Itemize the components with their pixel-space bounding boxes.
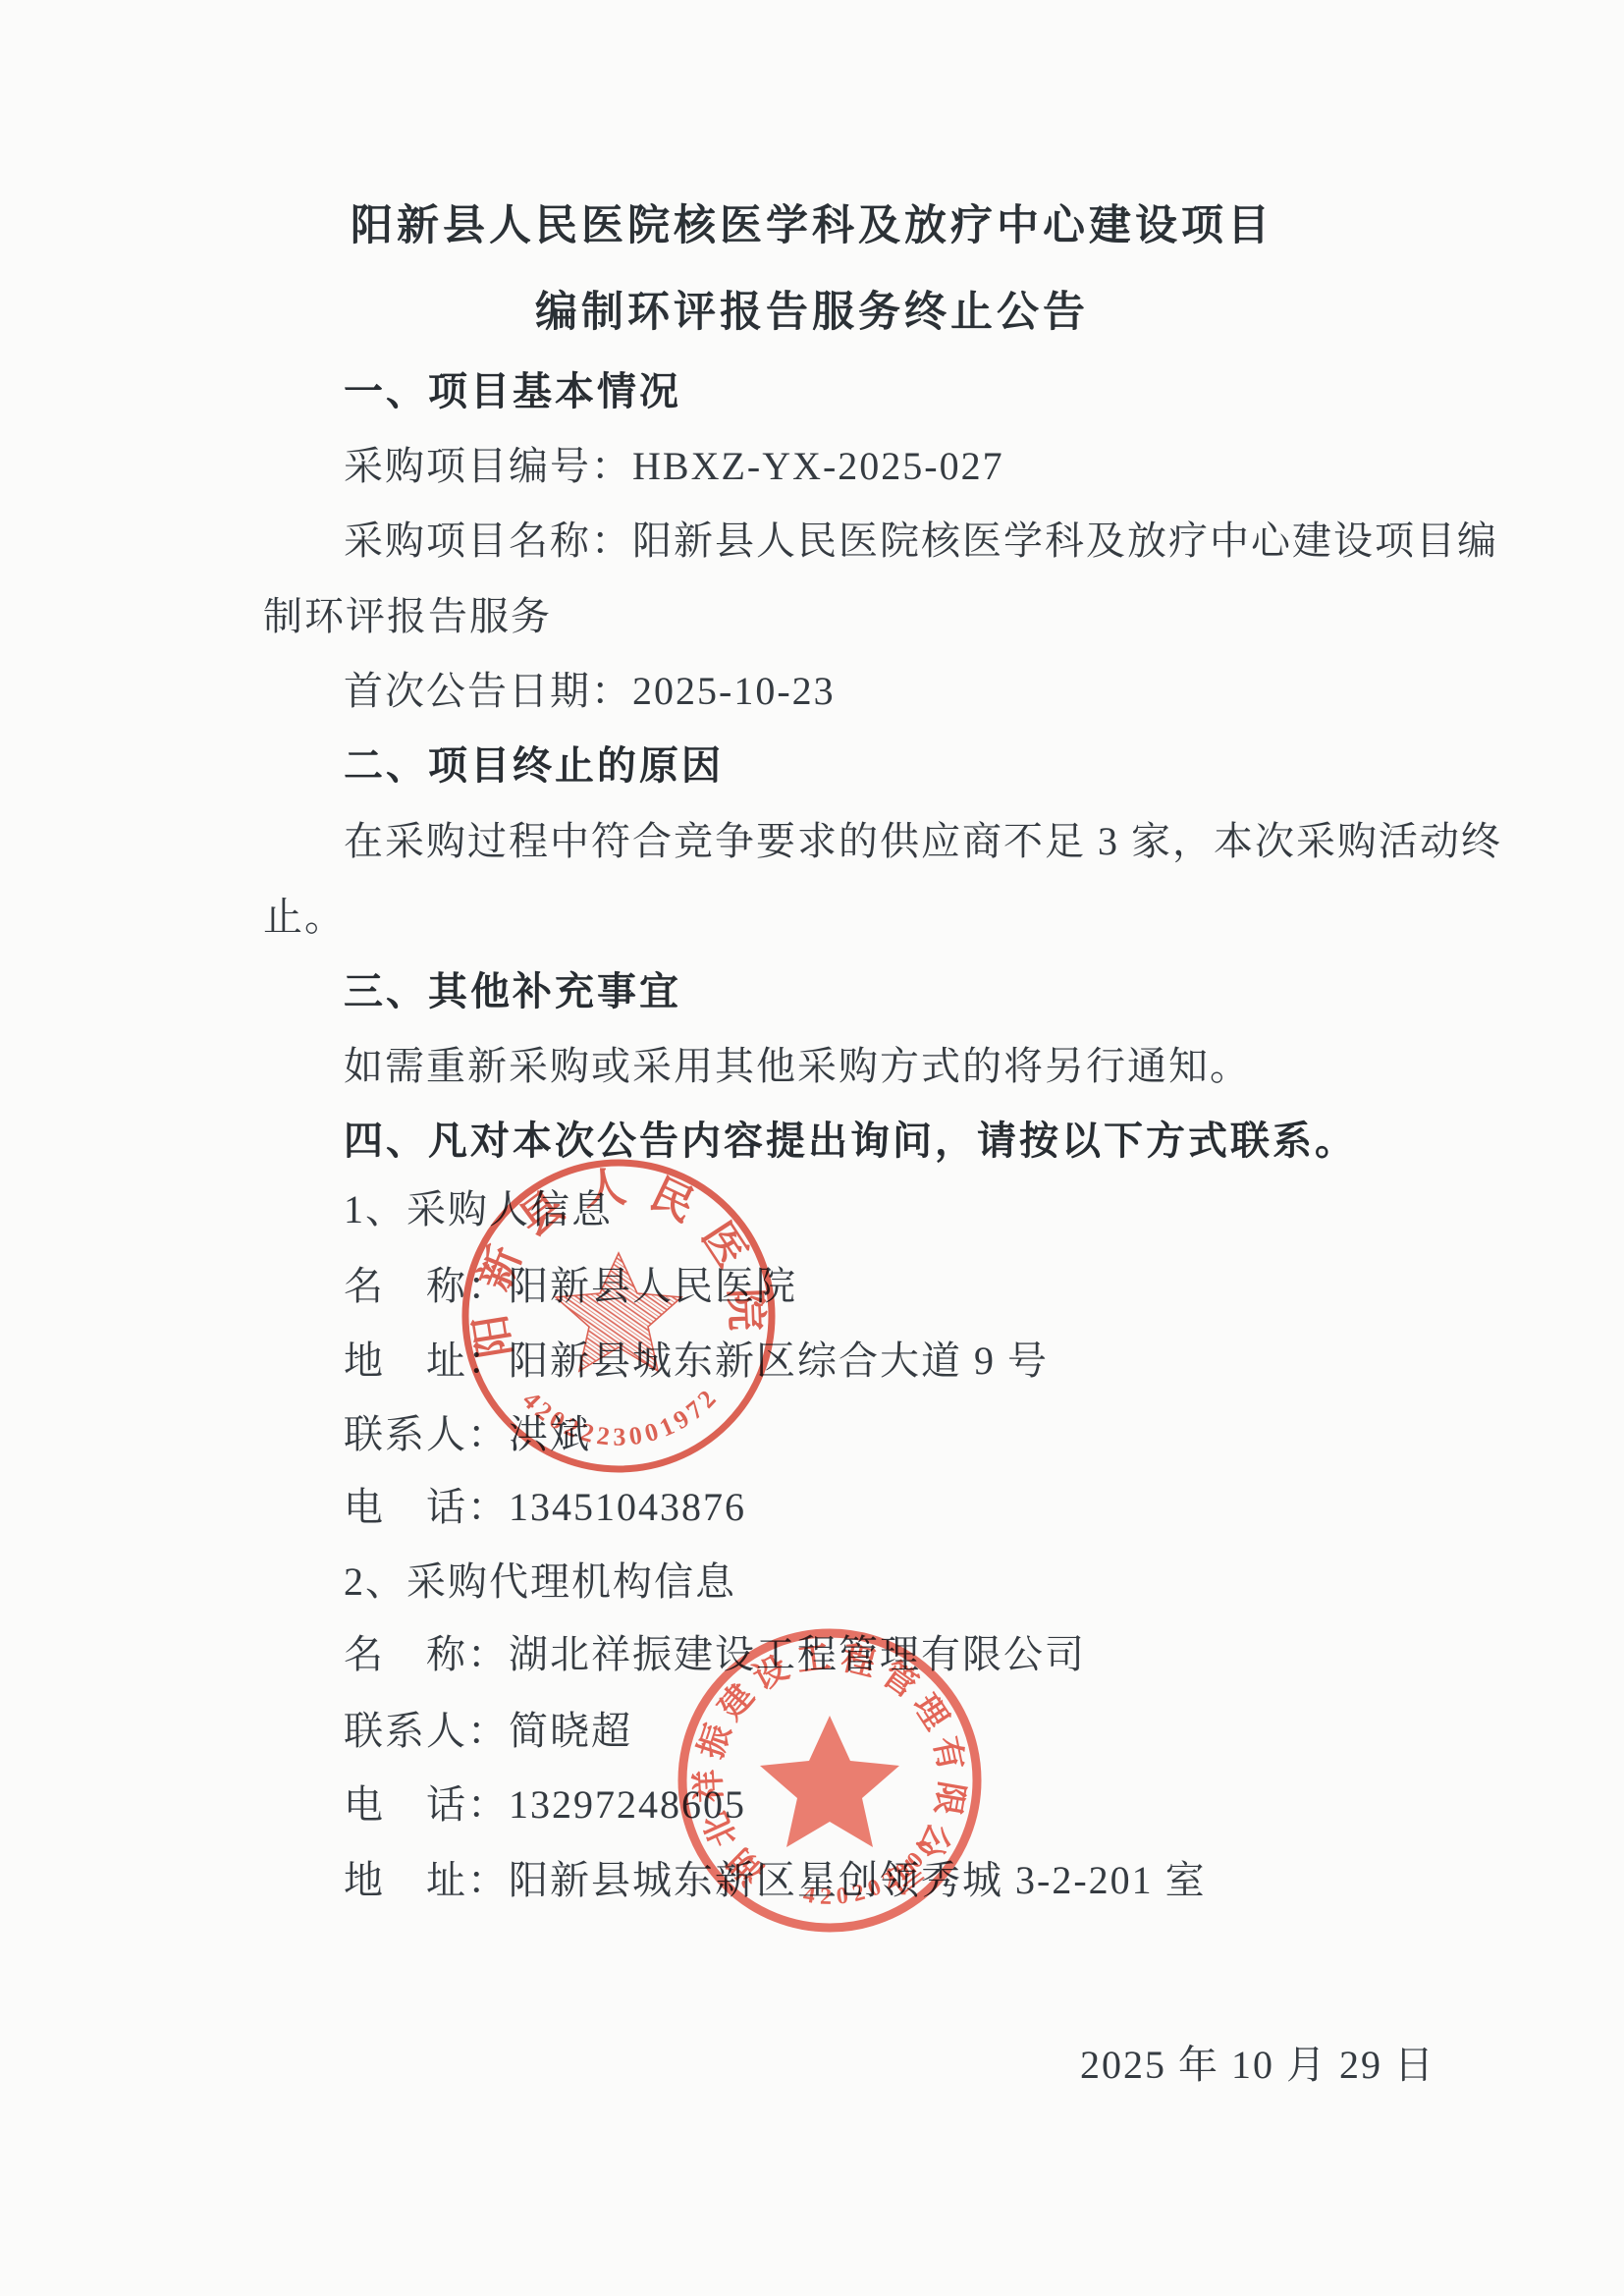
announcement-page: 阳新县人民医院核医学科及放疗中心建设项目 编制环评报告服务终止公告 一、项目基本… bbox=[0, 0, 1624, 2296]
buyer-address-line: 地 址：阳新县城东新区综合大道 9 号 bbox=[263, 1339, 1516, 1384]
announcement-date: 2025 年 10 月 29 日 bbox=[263, 2043, 1487, 2088]
page-title-line-1: 阳新县人民医院核医学科及放疗中心建设项目 bbox=[0, 192, 1624, 252]
section-3-heading: 三、其他补充事宜 bbox=[263, 969, 1516, 1014]
buyer-contact-line: 联系人：洪斌 bbox=[263, 1412, 1516, 1457]
section-4-heading: 四、凡对本次公告内容提出询问，请按以下方式联系。 bbox=[263, 1119, 1516, 1164]
section-2-heading: 二、项目终止的原因 bbox=[263, 743, 1516, 789]
agent-name-line: 名 称：湖北祥振建设工程管理有限公司 bbox=[263, 1632, 1516, 1677]
section-1-heading: 一、项目基本情况 bbox=[263, 369, 1516, 414]
termination-reason-line-a: 在采购过程中符合竞争要求的供应商不足 3 家，本次采购活动终 bbox=[263, 819, 1516, 864]
buyer-info-heading: 1、采购人信息 bbox=[263, 1187, 1516, 1232]
agent-address-line: 地 址：阳新县城东新区星创领秀城 3-2-201 室 bbox=[263, 1858, 1516, 1903]
project-number-line: 采购项目编号：HBXZ-YX-2025-027 bbox=[263, 444, 1516, 489]
project-name-line-a: 采购项目名称：阳新县人民医院核医学科及放疗中心建设项目编 bbox=[263, 519, 1516, 564]
project-name-line-b: 制环评报告服务 bbox=[263, 594, 1435, 639]
page-title-line-2: 编制环评报告服务终止公告 bbox=[0, 279, 1624, 339]
buyer-phone-line: 电 话：13451043876 bbox=[263, 1485, 1516, 1530]
first-notice-date-line: 首次公告日期：2025-10-23 bbox=[263, 669, 1516, 714]
agent-phone-line: 电 话：13297248605 bbox=[263, 1782, 1516, 1828]
agent-contact-line: 联系人：简晓超 bbox=[263, 1709, 1516, 1754]
supplementary-note-line: 如需重新采购或采用其他采购方式的将另行通知。 bbox=[263, 1044, 1516, 1089]
agent-info-heading: 2、采购代理机构信息 bbox=[263, 1559, 1516, 1605]
buyer-name-line: 名 称：阳新县人民医院 bbox=[263, 1264, 1516, 1309]
termination-reason-line-b: 止。 bbox=[263, 895, 1435, 940]
